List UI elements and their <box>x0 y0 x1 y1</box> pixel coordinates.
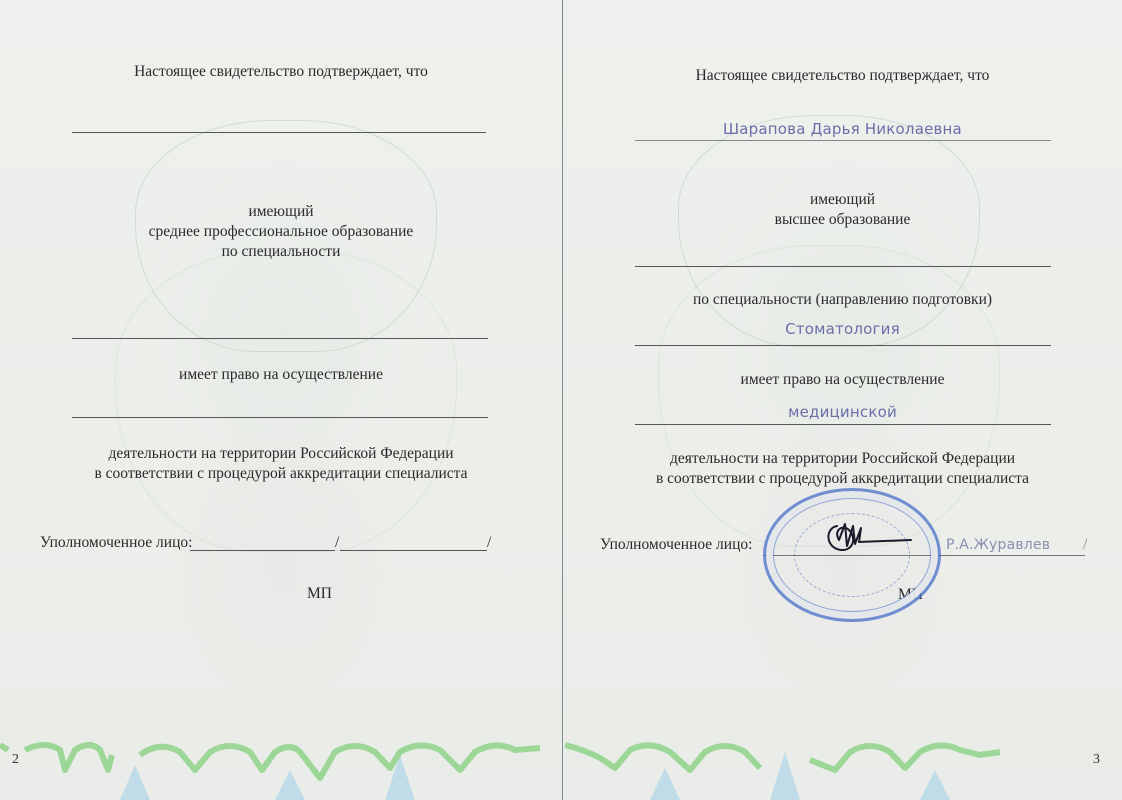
name-line <box>635 140 1051 141</box>
intro-text: Настоящее свидетельство подтверждает, чт… <box>563 66 1122 86</box>
right-label: имеет право на осуществление <box>563 370 1122 390</box>
signature-icon <box>823 516 913 556</box>
signature-end-separator: / <box>1083 536 1087 554</box>
activity-value: медицинской <box>563 403 1122 421</box>
intro-text: Настоящее свидетельство подтверждает, чт… <box>0 62 562 82</box>
territory-line-2: в соответствии с процедурой аккредитации… <box>0 464 562 484</box>
education-level: высшее образование <box>563 210 1122 230</box>
signature-end-separator: / <box>487 534 491 552</box>
activity-line <box>72 417 488 418</box>
signatory-name: Р.А.Журавлев <box>946 537 1050 553</box>
education-level: среднее профессиональное образование <box>0 222 562 242</box>
name-line <box>72 132 486 133</box>
seal-label: МП <box>307 585 332 603</box>
signatory-name-line <box>340 550 487 551</box>
signature-separator: / <box>335 534 339 552</box>
left-page: Настоящее свидетельство подтверждает, чт… <box>0 0 562 800</box>
specialty-line <box>72 338 488 339</box>
authorized-person-label: Уполномоченное лицо: <box>600 536 752 554</box>
certificate-spread: Настоящее свидетельство подтверждает, чт… <box>0 0 1122 800</box>
education-label: имеющий <box>563 190 1122 210</box>
specialty-label: по специальности <box>0 242 562 262</box>
education-label: имеющий <box>0 202 562 222</box>
right-page: Настоящее свидетельство подтверждает, чт… <box>563 0 1122 800</box>
specialty-value: Стоматология <box>563 320 1122 338</box>
territory-line-1: деятельности на территории Российской Фе… <box>563 449 1122 469</box>
signature-line <box>190 550 335 551</box>
right-label: имеет право на осуществление <box>0 365 562 385</box>
specialty-line <box>635 345 1051 346</box>
decorative-border <box>0 740 1122 800</box>
guilloche-rosette <box>678 115 980 347</box>
education-line <box>635 266 1051 267</box>
territory-line-1: деятельности на территории Российской Фе… <box>0 444 562 464</box>
holder-name: Шарапова Дарья Николаевна <box>563 120 1122 138</box>
territory-line-2: в соответствии с процедурой аккредитации… <box>563 469 1122 489</box>
activity-line <box>635 424 1051 425</box>
specialty-label: по специальности (направлению подготовки… <box>563 290 1122 310</box>
guilloche-rosette <box>115 250 457 552</box>
authorized-person-label: Уполномоченное лицо: <box>40 534 192 552</box>
